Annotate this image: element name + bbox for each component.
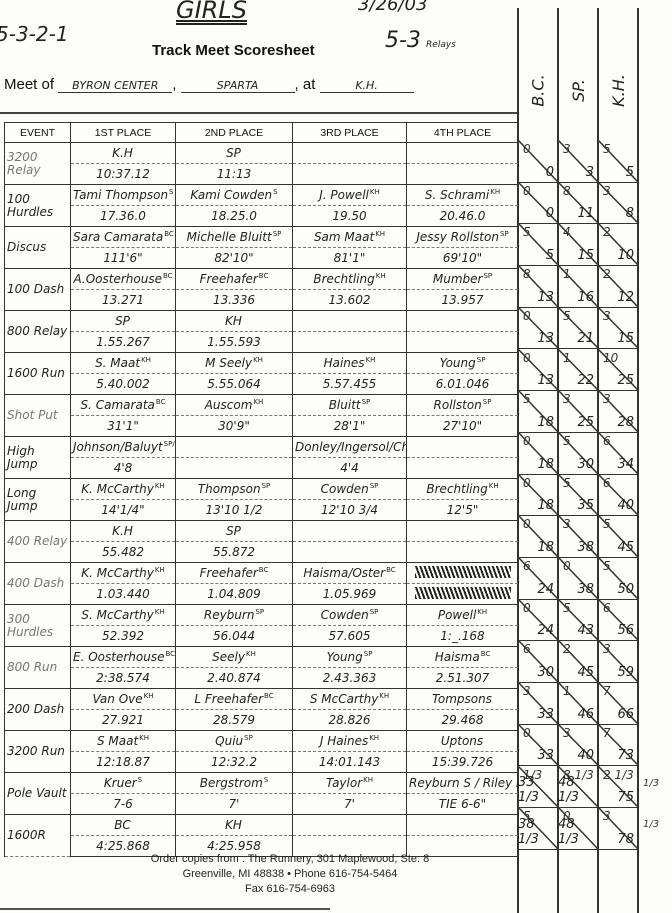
place-3-mark: 1.05.969 <box>293 584 407 605</box>
event-row-names: DiscusSara CamarataBCMichelle BluittSPSa… <box>5 227 519 248</box>
place-2-athlete: KH <box>176 815 293 836</box>
athlete-name: Cowden <box>321 608 369 622</box>
athlete-name: Van Ove <box>92 692 142 706</box>
athlete-team: BC <box>264 692 274 700</box>
place-3-athlete: BrechtlingKH <box>293 269 407 290</box>
athlete-team: SP <box>273 230 282 238</box>
place-2-mark: 82'10" <box>176 248 293 269</box>
running-total: 48 1/3 <box>558 817 594 847</box>
place-4-mark: 29.468 <box>407 710 519 731</box>
score-cell-sp: 535 <box>558 474 598 517</box>
place-1-mark: 5.40.002 <box>71 374 176 395</box>
place-2-mark: 30'9" <box>176 416 293 437</box>
place-3-athlete: BluittSP <box>293 395 407 416</box>
event-row-marks: 52.39256.04457.6051:_.168 <box>5 626 519 647</box>
score-cell-sp: 325 <box>558 390 598 433</box>
place-2-athlete: AuscomKH <box>176 395 293 416</box>
event-row-names: 200 DashVan OveKHL FreehaferBCS McCarthy… <box>5 689 519 710</box>
athlete-name: Seely <box>212 650 245 664</box>
place-1-athlete: S. MaatKH <box>71 353 176 374</box>
place-2-athlete: SP <box>176 143 293 164</box>
event-points: 1 <box>563 267 571 281</box>
athlete-team: SP <box>500 230 509 238</box>
place-4-athlete <box>407 521 519 542</box>
place-2-athlete: QuiuSP <box>176 731 293 752</box>
event-row-marks: 55.48255.872 <box>5 542 519 563</box>
place-2-mark: 1.55.593 <box>176 332 293 353</box>
place-4-mark: 27'10" <box>407 416 519 437</box>
event-points: 5 <box>523 225 531 239</box>
place-4-mark: 69'10" <box>407 248 519 269</box>
score-cell-kh: 2 1/375 <box>598 766 638 809</box>
place-3-mark: 19.50 <box>293 206 407 227</box>
running-total: 28 <box>617 415 634 430</box>
place-3-athlete: J. PowellKH <box>293 185 407 206</box>
score-cell-kh: 55 <box>598 140 638 183</box>
score-cell-sp: 048 1/3 <box>558 807 598 850</box>
score-cell-sp: 340 <box>558 724 598 767</box>
score-cell-bc: 018 <box>518 432 558 475</box>
running-total: 10 <box>617 248 634 263</box>
athlete-name: Mumber <box>433 272 483 286</box>
athlete-name: Sara Camarata <box>73 230 163 244</box>
athlete-team: BC <box>164 230 174 238</box>
place-3-athlete: HainesKH <box>293 353 407 374</box>
place-3-mark: 57.605 <box>293 626 407 647</box>
place-3-mark: 28.826 <box>293 710 407 731</box>
running-total: 22 <box>577 373 594 388</box>
place-4-athlete <box>407 563 519 584</box>
place-1-mark: 52.392 <box>71 626 176 647</box>
score-cell-bc: 813 <box>518 265 558 308</box>
athlete-name: Powell <box>438 608 476 622</box>
place-3-athlete: Sam MaatKH <box>293 227 407 248</box>
running-total: 25 <box>577 415 594 430</box>
event-name: 3200 Relay <box>5 143 71 185</box>
running-total: 12 <box>617 290 634 305</box>
event-points: 5 <box>603 517 611 531</box>
scribbled-out-entry <box>415 566 511 578</box>
event-points: 2 <box>603 267 611 281</box>
running-total: 13 <box>537 290 554 305</box>
athlete-name: Tami Thompson <box>73 188 168 202</box>
event-points: 5 <box>563 309 571 323</box>
athlete-name: L Freehafer <box>194 692 263 706</box>
score-cell-sp: 146 <box>558 682 598 725</box>
running-total: 33 <box>537 707 554 722</box>
athlete-team: SP <box>483 398 492 406</box>
score-cell-bc: 00 <box>518 182 558 225</box>
place-2-mark: 56.044 <box>176 626 293 647</box>
place-1-athlete: K. McCarthyKH <box>71 479 176 500</box>
place-3-mark: 14:01.143 <box>293 752 407 773</box>
athlete-name: Donley/Ingersol/Chorman <box>295 440 407 454</box>
event-name: 800 Relay <box>5 311 71 353</box>
athlete-team: KH <box>141 356 151 364</box>
place-4-athlete <box>407 143 519 164</box>
event-points: 3 <box>563 392 571 406</box>
event-row-marks: 7-67'7'TIE 6-6" <box>5 794 519 815</box>
event-points: 3 <box>523 684 531 698</box>
event-points: 2 <box>563 642 571 656</box>
footer: Order copies from : The Runnery, 301 Map… <box>60 852 520 897</box>
athlete-name: Freehafer <box>200 566 258 580</box>
score-cell-sp: 116 <box>558 265 598 308</box>
place-3-mark <box>293 542 407 563</box>
athlete-team: KH <box>253 356 263 364</box>
event-points: 3 <box>603 184 611 198</box>
place-4-athlete: S. SchramiKH <box>407 185 519 206</box>
place-3-mark: 2.43.363 <box>293 668 407 689</box>
event-points: 10 <box>603 351 618 365</box>
running-total: 66 <box>617 707 634 722</box>
date-note: 3/26/03 <box>358 0 427 15</box>
running-total: 13 <box>537 373 554 388</box>
score-cell-kh: 378 <box>598 807 638 850</box>
place-2-mark: 1.04.809 <box>176 584 293 605</box>
running-total: 21 <box>577 331 594 346</box>
place-2-mark: 5.55.064 <box>176 374 293 395</box>
athlete-name: SP <box>226 524 241 538</box>
athlete-team: S <box>273 188 277 196</box>
running-total: 0 <box>546 165 554 180</box>
athlete-name: Jessy Rollston <box>416 230 499 244</box>
event-points: 1 <box>563 351 571 365</box>
place-2-athlete <box>176 437 293 458</box>
event-points: 0 <box>523 434 531 448</box>
score-cell-bc: 013 <box>518 349 558 392</box>
place-1-mark: 17.36.0 <box>71 206 176 227</box>
place-1-athlete: S. CamarataBC <box>71 395 176 416</box>
athlete-name: Cowden <box>321 482 369 496</box>
column-header-second: 2ND PLACE <box>176 123 293 143</box>
athlete-name: K.H <box>112 524 133 538</box>
athlete-team: SP <box>370 608 379 616</box>
event-row-marks: 4'84'4 <box>5 458 519 479</box>
athlete-name: J. Powell <box>319 188 369 202</box>
place-1-mark: 4'8 <box>71 458 176 479</box>
event-points: 3 <box>603 392 611 406</box>
place-1-mark: 14'1/4" <box>71 500 176 521</box>
place-4-athlete: Uptons <box>407 731 519 752</box>
athlete-team: SP <box>483 272 492 280</box>
results-table: EVENT 1ST PLACE 2ND PLACE 3RD PLACE 4TH … <box>4 122 519 857</box>
athlete-name: BC <box>114 818 131 832</box>
divider <box>0 908 330 910</box>
event-row-marks: 12:18.8712:32.214:01.14315:39.726 <box>5 752 519 773</box>
place-2-athlete: Michelle BluittSP <box>176 227 293 248</box>
score-cell-kh: 1025 <box>598 349 638 392</box>
athlete-name: S McCarthy <box>310 692 378 706</box>
place-4-mark: 12'5" <box>407 500 519 521</box>
running-total: 35 <box>577 498 594 513</box>
athlete-team: KH <box>375 230 385 238</box>
place-1-athlete: K.H <box>71 143 176 164</box>
place-2-mark: 55.872 <box>176 542 293 563</box>
place-1-athlete: Sara CamarataBC <box>71 227 176 248</box>
event-points: 6 <box>603 434 611 448</box>
place-1-athlete: Johnson/BaluytSP/KH <box>71 437 176 458</box>
athlete-name: Haines <box>324 356 365 370</box>
athlete-name: Brechtling <box>426 482 487 496</box>
running-total: 75 <box>617 790 634 805</box>
event-points: 0 <box>523 309 531 323</box>
team1-field[interactable]: BYRON CENTER <box>58 79 172 93</box>
score-cell-bc: 630 <box>518 640 558 683</box>
place-3-athlete <box>293 815 407 836</box>
place-4-athlete: RollstonSP <box>407 395 519 416</box>
place-2-athlete: KH <box>176 311 293 332</box>
place-3-athlete: S McCarthyKH <box>293 689 407 710</box>
event-row-names: 800 RunE. OosterhouseBCSeelyKHYoungSPHai… <box>5 647 519 668</box>
place-3-athlete <box>293 521 407 542</box>
running-total: 38 <box>577 582 594 597</box>
athlete-name: K.H <box>112 146 133 160</box>
running-total: 24 <box>537 623 554 638</box>
event-points: 0 <box>523 517 531 531</box>
event-name: 3200 Run <box>5 731 71 773</box>
place-4-athlete <box>407 815 519 836</box>
place-4-mark <box>407 542 519 563</box>
place-2-athlete: FreehaferBC <box>176 563 293 584</box>
running-total: 24 <box>537 582 554 597</box>
divider <box>0 112 518 114</box>
place-1-mark: 111'6" <box>71 248 176 269</box>
running-total: 43 <box>577 623 594 638</box>
event-row-marks: 5.40.0025.55.0645.57.4556.01.046 <box>5 374 519 395</box>
place-3-athlete: J HainesKH <box>293 731 407 752</box>
athlete-team: KH <box>155 482 165 490</box>
place-4-mark: 15:39.726 <box>407 752 519 773</box>
athlete-name: S Maat <box>97 734 138 748</box>
score-cell-kh: 640 <box>598 474 638 517</box>
event-points: 7 <box>603 726 611 740</box>
running-total: 3 <box>586 165 594 180</box>
athlete-team: KH <box>246 650 256 658</box>
running-total: 5 <box>546 248 554 263</box>
place-3-mark: 81'1" <box>293 248 407 269</box>
athlete-team: SP <box>370 482 379 490</box>
event-row-names: 300 HurdlesS. McCarthyKHReyburnSPCowdenS… <box>5 605 519 626</box>
place-2-mark: 13.336 <box>176 290 293 311</box>
event-row-names: 100 HurdlesTami ThompsonSKami CowdenSJ. … <box>5 185 519 206</box>
athlete-team: KH <box>155 608 165 616</box>
event-row-names: 800 RelaySPKH <box>5 311 519 332</box>
event-row-marks: 31'1"30'9"28'1"27'10" <box>5 416 519 437</box>
event-name: 200 Dash <box>5 689 71 731</box>
event-name: 100 Dash <box>5 269 71 311</box>
athlete-team: KH <box>489 482 499 490</box>
event-row-names: 400 RelayK.HSP <box>5 521 519 542</box>
score-cell-bc: 013 <box>518 307 558 350</box>
place-3-athlete: TaylorKH <box>293 773 407 794</box>
event-points: 3 <box>563 726 571 740</box>
place-3-athlete <box>293 143 407 164</box>
place-4-athlete <box>407 311 519 332</box>
athlete-name: Young <box>440 356 476 370</box>
place-4-athlete: Reyburn S / Riley KH / Green BC <box>407 773 519 794</box>
place-2-athlete: M SeelyKH <box>176 353 293 374</box>
athlete-team: KH <box>155 566 165 574</box>
team-header-sp: SP. <box>558 60 598 120</box>
event-name: 100 Hurdles <box>5 185 71 227</box>
event-points: 0 <box>523 142 531 156</box>
event-name: 300 Hurdles <box>5 605 71 647</box>
event-name: 400 Relay <box>5 521 71 563</box>
running-total: 38 <box>577 540 594 555</box>
athlete-team: S <box>169 188 173 196</box>
athlete-team: KH <box>144 692 154 700</box>
place-4-mark: 6.01.046 <box>407 374 519 395</box>
event-points: 6 <box>603 601 611 615</box>
place-4-mark: 13.957 <box>407 290 519 311</box>
score-cell-bc: 1/333 1/3 <box>518 766 558 809</box>
athlete-name: A.Oosterhouse <box>73 272 162 286</box>
running-total: 18 <box>537 415 554 430</box>
score-cell-sp: 530 <box>558 432 598 475</box>
score-cell-kh: 634 <box>598 432 638 475</box>
place-4-athlete <box>407 437 519 458</box>
athlete-name: Reyburn S / Riley KH / Green BC <box>409 776 519 790</box>
running-total: 30 <box>537 665 554 680</box>
athlete-team: BC <box>259 272 269 280</box>
event-row-names: Pole VaultKruerSBergstromSTaylorKHReybur… <box>5 773 519 794</box>
athlete-name: Young <box>327 650 363 664</box>
score-cell-bc: 033 <box>518 724 558 767</box>
margin-note: 1/3 <box>643 819 659 830</box>
score-cell-bc: 018 <box>518 515 558 558</box>
event-points: 0 <box>523 476 531 490</box>
place-4-athlete: PowellKH <box>407 605 519 626</box>
running-total: 34 <box>617 457 634 472</box>
score-cell-sp: 415 <box>558 223 598 266</box>
athlete-team: SP <box>255 608 264 616</box>
athlete-team: SP <box>244 734 253 742</box>
place-4-athlete: Tompsons <box>407 689 519 710</box>
athlete-name: Tompsons <box>432 692 492 706</box>
athlete-name: Auscom <box>205 398 253 412</box>
athlete-name: Sam Maat <box>314 230 374 244</box>
athlete-name: S. Maat <box>95 356 140 370</box>
score-cell-kh: 656 <box>598 599 638 642</box>
place-1-athlete: K. McCarthyKH <box>71 563 176 584</box>
score-cell-bc: 518 <box>518 390 558 433</box>
event-row-names: 1600RBCKH <box>5 815 519 836</box>
footer-line-1: Order copies from : The Runnery, 301 Map… <box>60 852 520 867</box>
event-points: 8 <box>523 267 531 281</box>
place-2-athlete: Kami CowdenS <box>176 185 293 206</box>
athlete-team: SP/KH <box>164 440 176 448</box>
event-name: 1600 Run <box>5 353 71 395</box>
place-1-athlete: Tami ThompsonS <box>71 185 176 206</box>
running-total: 25 <box>617 373 634 388</box>
place-2-mark: 2.40.874 <box>176 668 293 689</box>
athlete-name: Brechtling <box>313 272 374 286</box>
place-3-athlete: YoungSP <box>293 647 407 668</box>
margin-note: 1/3 <box>643 778 659 789</box>
place-2-athlete: SeelyKH <box>176 647 293 668</box>
meet-of-label: Meet of <box>4 76 54 93</box>
event-row-marks: 2:38.5742.40.8742.43.3632.51.307 <box>5 668 519 689</box>
score-cell-kh: 315 <box>598 307 638 350</box>
place-1-athlete: Van OveKH <box>71 689 176 710</box>
score-cell-sp: 543 <box>558 599 598 642</box>
athlete-name: Bluitt <box>329 398 361 412</box>
team2-field[interactable]: SPARTA <box>181 79 295 93</box>
event-row-names: High JumpJohnson/BaluytSP/KHDonley/Inger… <box>5 437 519 458</box>
place-4-athlete: HaismaBC <box>407 647 519 668</box>
athlete-team: SP <box>364 650 373 658</box>
athlete-name: Kruer <box>104 776 137 790</box>
event-points: 7 <box>603 684 611 698</box>
athlete-team: BC <box>163 272 173 280</box>
running-total: 40 <box>577 748 594 763</box>
scoring-note-individual: 5-3-2-1 <box>0 22 69 46</box>
athlete-name: S. Camarata <box>81 398 155 412</box>
location-field[interactable]: K.H. <box>320 79 414 93</box>
score-cell-kh: 545 <box>598 515 638 558</box>
place-3-mark: 4'4 <box>293 458 407 479</box>
score-cell-kh: 328 <box>598 390 638 433</box>
place-1-mark: 1.55.267 <box>71 332 176 353</box>
place-1-athlete: KruerS <box>71 773 176 794</box>
running-total: 45 <box>617 540 634 555</box>
score-cell-kh: 773 <box>598 724 638 767</box>
place-2-mark: 7' <box>176 794 293 815</box>
score-cell-bc: 55 <box>518 223 558 266</box>
event-name: High Jump <box>5 437 71 479</box>
score-cell-bc: 333 <box>518 682 558 725</box>
score-cell-sp: 338 <box>558 515 598 558</box>
place-3-mark: 7' <box>293 794 407 815</box>
page-title: Track Meet Scoresheet <box>152 42 315 59</box>
running-total: 48 1/3 <box>558 775 594 805</box>
place-4-mark: 2.51.307 <box>407 668 519 689</box>
place-3-athlete: CowdenSP <box>293 479 407 500</box>
event-points: 3 <box>603 642 611 656</box>
event-points: 5 <box>523 392 531 406</box>
place-1-athlete: E. OosterhouseBC <box>71 647 176 668</box>
running-total: 33 <box>537 748 554 763</box>
running-total: 13 <box>537 331 554 346</box>
athlete-name: Haisma/Oster <box>303 566 385 580</box>
event-name: Pole Vault <box>5 773 71 815</box>
athlete-name: Quiu <box>215 734 243 748</box>
athlete-name: K. McCarthy <box>81 566 154 580</box>
event-row-names: 1600 RunS. MaatKHM SeelyKHHainesKHYoungS… <box>5 353 519 374</box>
athlete-name: KH <box>225 314 242 328</box>
running-total: 5 <box>626 165 634 180</box>
event-points: 0 <box>523 351 531 365</box>
athlete-name: S. Schrami <box>425 188 489 202</box>
athlete-team: BC <box>259 566 269 574</box>
event-name: 400 Dash <box>5 563 71 605</box>
place-3-mark: 13.602 <box>293 290 407 311</box>
running-total: 50 <box>617 582 634 597</box>
event-row-names: Long JumpK. McCarthyKHThompsonSPCowdenSP… <box>5 479 519 500</box>
event-row-marks: 111'6"82'10"81'1"69'10" <box>5 248 519 269</box>
athlete-name: SP <box>226 146 241 160</box>
running-total: 18 <box>537 540 554 555</box>
event-row-marks: 27.92128.57928.82629.468 <box>5 710 519 731</box>
athlete-name: J Haines <box>320 734 368 748</box>
column-header-first: 1ST PLACE <box>71 123 176 143</box>
score-cell-bc: 624 <box>518 557 558 600</box>
team-header-bc: B.C. <box>518 60 558 120</box>
score-cell-sp: 33 <box>558 140 598 183</box>
event-row-marks: 1.55.2671.55.593 <box>5 332 519 353</box>
athlete-team: KH <box>379 692 389 700</box>
